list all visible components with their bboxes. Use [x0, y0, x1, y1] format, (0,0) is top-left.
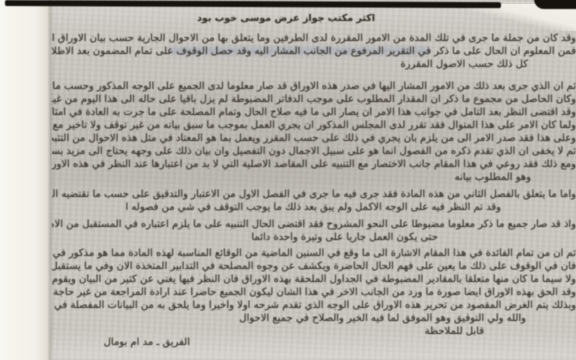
- text-line: ثم ان من تمام الفائدة في هذا المقام الاش…: [52, 247, 576, 260]
- text-line: وعلى هذا فقد صدر الامر الى من يلزم بان ي…: [52, 132, 576, 145]
- document-title: اكثر مكتب جواز عرض موسى خوب بود: [24, 12, 548, 25]
- text-line: وكان الحاصل من مجموع ما ذكر ان المقدار ا…: [52, 93, 576, 106]
- text-line: واما ما يتعلق بالفصل الثاني من هذه الماد…: [52, 188, 576, 201]
- text-line: ثم لا يخفى ان الذي تقدم ذكره من الفصول ا…: [52, 145, 576, 158]
- paragraph: واذ قد صار جميع ما ذكر معلوما مضبوطا على…: [52, 218, 576, 244]
- text-line: وقد تم النظر فيه على الوجه الاكمل ولم يب…: [126, 201, 501, 214]
- scan-corner-mark: [534, 0, 576, 9]
- paragraph: واما ما يتعلق بالفصل الثاني من هذه الماد…: [52, 188, 576, 214]
- text-line: واذ قد صار جميع ما ذكر معلوما مضبوطا على…: [52, 218, 576, 231]
- scanner-margin-strip: [0, 0, 50, 360]
- paragraph: ثم ان الذي جرى بعد ذلك من الامور المشار …: [52, 80, 576, 184]
- text-line: ولما كان الامر على هذا المنوال فقد تقرر …: [52, 119, 576, 132]
- document-paragraphs: وقد كان من جملة ما جرى في تلك المدة من ا…: [52, 32, 576, 338]
- text-line: حتى يكون العمل جاريا على وتيرة واحدة دائ…: [188, 231, 438, 244]
- text-line: وبذلك يتم الغرض المقصود من تحرير هذه الا…: [52, 299, 576, 312]
- signature-line: الفريق ـ مد ام بومال: [60, 336, 190, 349]
- paragraph: ثم ان من تمام الفائدة في هذا المقام الاش…: [52, 247, 576, 338]
- text-line: ثم ان الذي جرى بعد ذلك من الامور المشار …: [52, 80, 576, 93]
- text-line: كل ذلك حسب الاصول المقررة: [338, 58, 528, 71]
- text-line: وقد اقتضى النظر بعد التامل في جوانب هذا …: [52, 106, 576, 119]
- text-line: قابل للملاحظة: [384, 325, 484, 338]
- text-line: وقد كان من جملة ما جرى في تلك المدة من ا…: [52, 32, 576, 45]
- document-text: اكثر مكتب جواز عرض موسى خوب بود وقد كان …: [52, 12, 576, 360]
- paragraph: وقد كان من جملة ما جرى في تلك المدة من ا…: [52, 32, 576, 71]
- text-line: فمن المعلوم ان الحال على ما ذكر في التقر…: [52, 45, 576, 58]
- text-line: والله ولي التوفيق وهو الموفق لما فيه الخ…: [168, 312, 526, 325]
- text-line: ومع ذلك فقد روعي في هذا المقام جانب الاخ…: [52, 158, 576, 171]
- text-line: وقد الحق بهذه الاوراق ايضا صورة ما ورد م…: [52, 286, 576, 299]
- text-line: وهو المطلوب بيانه: [443, 171, 531, 184]
- scanned-document-page: اكثر مكتب جواز عرض موسى خوب بود وقد كان …: [0, 0, 576, 360]
- text-line: ولا سيما ما كان منها متعلقا بالمقادير ال…: [52, 273, 576, 286]
- text-line: فان في الوقوف على ذلك ما يعين على فهم ال…: [52, 260, 576, 273]
